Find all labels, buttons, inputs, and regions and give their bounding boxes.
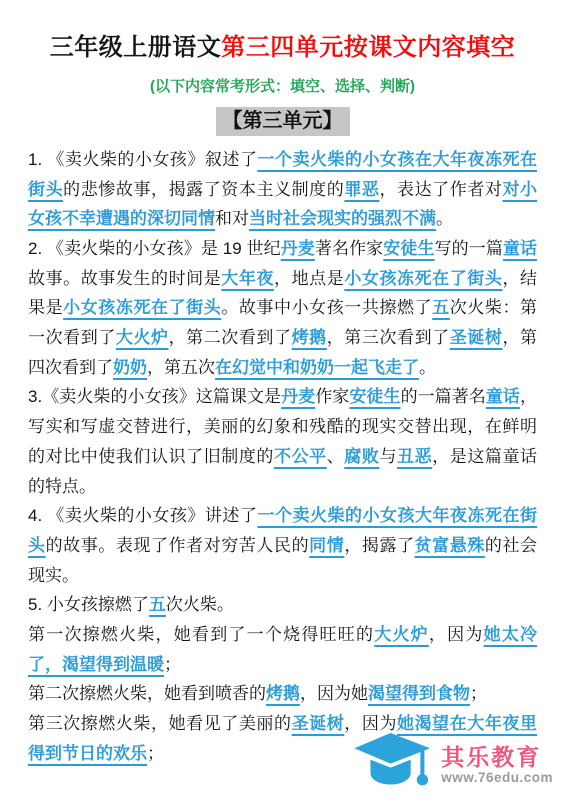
graduation-cap-icon bbox=[352, 733, 434, 796]
text-run: 与 bbox=[379, 447, 397, 466]
text-run: ，第三次看到了 bbox=[327, 328, 450, 347]
text-run: 。 bbox=[419, 358, 436, 377]
text-run: ； bbox=[164, 655, 181, 674]
blank-answer: 贫富悬殊 bbox=[415, 536, 485, 555]
blank-answer: 童话 bbox=[486, 387, 520, 406]
paragraph: 5. 小女孩擦燃了五次火柴。 bbox=[28, 590, 537, 620]
blank-answer: 小女孩冻死在了街头 bbox=[63, 298, 221, 317]
blank-answer: 安徒生 bbox=[349, 387, 400, 406]
brand-text-block: 其乐教育 www.76edu.com bbox=[441, 744, 553, 785]
blank-answer: 同情 bbox=[309, 536, 344, 555]
text-run: 和对 bbox=[215, 209, 249, 228]
section-header-unit3: 【第三单元】 bbox=[216, 107, 350, 136]
blank-answer: 烤鹅 bbox=[266, 684, 300, 703]
blank-answer: 烤鹅 bbox=[292, 328, 327, 347]
text-run: ，地点是 bbox=[274, 269, 344, 288]
blank-answer: 在幻觉中和奶奶一起飞走了 bbox=[215, 358, 419, 377]
title-unit-part: 第三四单元按课文内容填空 bbox=[221, 34, 515, 61]
text-run: 。故事中小女孩一共擦燃了 bbox=[221, 298, 432, 317]
text-run: 、 bbox=[327, 447, 345, 466]
text-run: 2. 《卖火柴的小女孩》是 19 世纪 bbox=[28, 239, 281, 258]
text-run: ，第五次 bbox=[147, 358, 215, 377]
blank-answer: 童话 bbox=[503, 239, 537, 258]
content: 1. 《卖火柴的小女孩》叙述了一个卖火柴的小女孩在大年夜冻死在街头的悲惨故事，揭… bbox=[28, 145, 537, 769]
page-title: 三年级上册语文第三四单元按课文内容填空 bbox=[28, 34, 537, 63]
text-run: 故事。故事发生的时间是 bbox=[28, 269, 221, 288]
title-grade-part: 三年级上册语文 bbox=[50, 34, 222, 61]
text-run: 著名作家 bbox=[315, 239, 383, 258]
text-run: 的故事。表现了作者对穷苦人民的 bbox=[46, 536, 310, 555]
text-run: ，因为 bbox=[344, 714, 397, 733]
worksheet-page: 三年级上册语文第三四单元按课文内容填空 (以下内容常考形式：填空、选择、判断) … bbox=[0, 0, 565, 769]
blank-answer: 圣诞树 bbox=[292, 714, 345, 733]
text-run: ，因为 bbox=[429, 625, 484, 644]
blank-answer: 五 bbox=[432, 298, 450, 317]
blank-answer: 渴望得到食物 bbox=[368, 684, 470, 703]
text-run: ，揭露了 bbox=[344, 536, 414, 555]
text-run: ，第二次看到了 bbox=[169, 328, 292, 347]
brand-url: www.76edu.com bbox=[441, 770, 553, 785]
brand-logo: 其乐教育 www.76edu.com bbox=[352, 733, 553, 796]
blank-answer: 小女孩冻死在了街头 bbox=[344, 269, 502, 288]
blank-answer: 大火炉 bbox=[374, 625, 429, 644]
text-run: 1. 《卖火柴的小女孩》叙述了 bbox=[28, 150, 257, 169]
text-run: 4. 《卖火柴的小女孩》讲述了 bbox=[28, 506, 257, 525]
blank-answer: 腐败 bbox=[344, 447, 379, 466]
blank-answer: 安徒生 bbox=[383, 239, 434, 258]
blank-answer: 丑恶 bbox=[397, 447, 432, 466]
blank-answer: 不公平 bbox=[274, 447, 327, 466]
text-run: 5. 小女孩擦燃了 bbox=[28, 595, 149, 614]
blank-answer: 丹麦 bbox=[281, 387, 315, 406]
paragraph: 第一次擦燃火柴，她看到了一个烧得旺旺的大火炉，因为她太冷了，渴望得到温暖； bbox=[28, 620, 537, 679]
blank-answer: 大年夜 bbox=[221, 269, 274, 288]
blank-answer: 五 bbox=[149, 595, 166, 614]
brand-name: 其乐教育 bbox=[441, 744, 541, 770]
text-run: 第二次擦燃火柴，她看到喷香的 bbox=[28, 684, 266, 703]
blank-answer: 当时社会现实的强烈不满 bbox=[249, 209, 436, 228]
blank-answer: 罪恶 bbox=[344, 180, 379, 199]
text-run: ； bbox=[470, 684, 487, 703]
paragraph: 3.《卖火柴的小女孩》这篇课文是丹麦作家安徒生的一篇著名童话，写实和写虚交替进行… bbox=[28, 382, 537, 501]
text-run: 作家 bbox=[315, 387, 349, 406]
text-run: 3.《卖火柴的小女孩》这篇课文是 bbox=[28, 387, 281, 406]
blank-answer: 奶奶 bbox=[113, 358, 147, 377]
paragraph: 4. 《卖火柴的小女孩》讲述了一个卖火柴的小女孩大年夜冻死在街头的故事。表现了作… bbox=[28, 501, 537, 590]
paragraph: 1. 《卖火柴的小女孩》叙述了一个卖火柴的小女孩在大年夜冻死在街头的悲惨故事，揭… bbox=[28, 145, 537, 234]
blank-answer: 圣诞树 bbox=[450, 328, 503, 347]
paragraph: 2. 《卖火柴的小女孩》是 19 世纪丹麦著名作家安徒生写的一篇童话故事。故事发… bbox=[28, 234, 537, 383]
paragraph: 第二次擦燃火柴，她看到喷香的烤鹅，因为她渴望得到食物； bbox=[28, 679, 537, 709]
text-run: ，表达了作者对 bbox=[379, 180, 502, 199]
text-run: ； bbox=[147, 744, 164, 763]
subtitle-exam-forms: (以下内容常考形式：填空、选择、判断) bbox=[28, 75, 537, 96]
text-run: 写的一篇 bbox=[435, 239, 503, 258]
text-run: 的一篇著名 bbox=[401, 387, 486, 406]
blank-answer: 丹麦 bbox=[281, 239, 315, 258]
text-run: 第一次擦燃火柴，她看到了一个烧得旺旺的 bbox=[28, 625, 374, 644]
blank-answer: 大火炉 bbox=[116, 328, 169, 347]
text-run: 第三次擦燃火柴，她看见了美丽的 bbox=[28, 714, 292, 733]
text-run: 。 bbox=[436, 209, 453, 228]
text-run: 的悲惨故事，揭露了资本主义制度的 bbox=[63, 180, 344, 199]
section-header-row: 【第三单元】 bbox=[28, 107, 537, 136]
text-run: 次火柴。 bbox=[166, 595, 234, 614]
text-run: ，因为她 bbox=[300, 684, 368, 703]
